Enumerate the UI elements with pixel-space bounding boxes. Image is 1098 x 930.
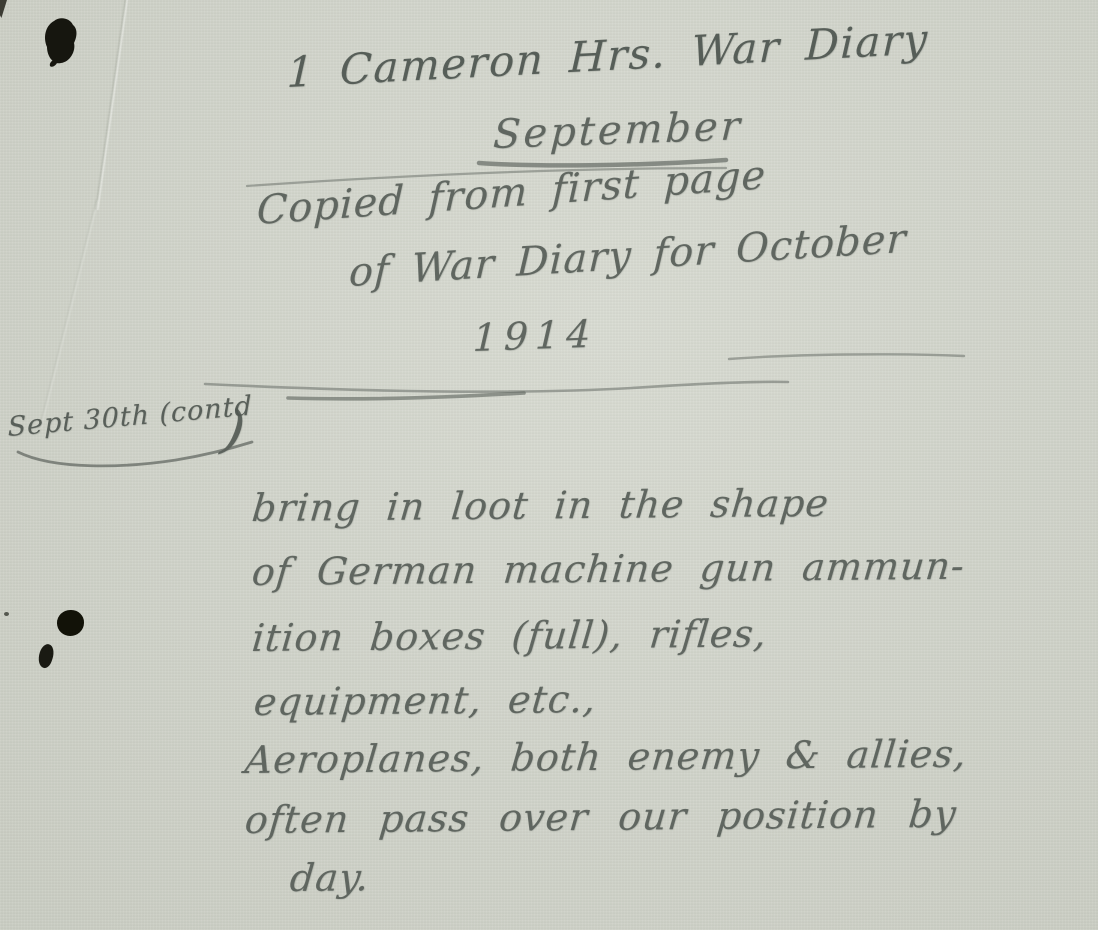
paper-speck <box>4 612 9 616</box>
ink-blot-small <box>36 642 57 669</box>
body-line-7: day. <box>288 855 372 900</box>
ink-blot-middle-left <box>57 610 84 636</box>
diary-title: 1 Cameron Hrs. War Diary <box>286 14 929 97</box>
body-line-3: ition boxes (full), rifles, <box>250 611 769 660</box>
body-line-6: often pass over our position by <box>243 792 959 842</box>
provenance-year: 1914 <box>472 312 598 360</box>
corner-shadow <box>0 0 7 18</box>
body-line-2: of German machine gun ammun- <box>250 544 967 594</box>
diary-month-heading: September <box>492 103 744 158</box>
body-line-4: equipment, etc., <box>252 677 599 724</box>
short-rule-right <box>726 348 968 366</box>
margin-note-underline <box>14 438 256 474</box>
war-diary-scan-page: 1 Cameron Hrs. War Diary September Copie… <box>0 0 1098 930</box>
ink-blot-top-left <box>38 16 86 72</box>
body-line-5: Aeroplanes, both enemy & allies, <box>243 732 969 782</box>
long-rule-double <box>202 372 792 404</box>
provenance-line-2: of War Diary for October <box>348 216 908 296</box>
margin-date-note: Sept 30th (contd <box>7 391 252 443</box>
paper-crease-top-left <box>96 0 128 210</box>
body-line-1: bring in loot in the shape <box>250 481 831 530</box>
paper-crease-left <box>39 200 98 429</box>
